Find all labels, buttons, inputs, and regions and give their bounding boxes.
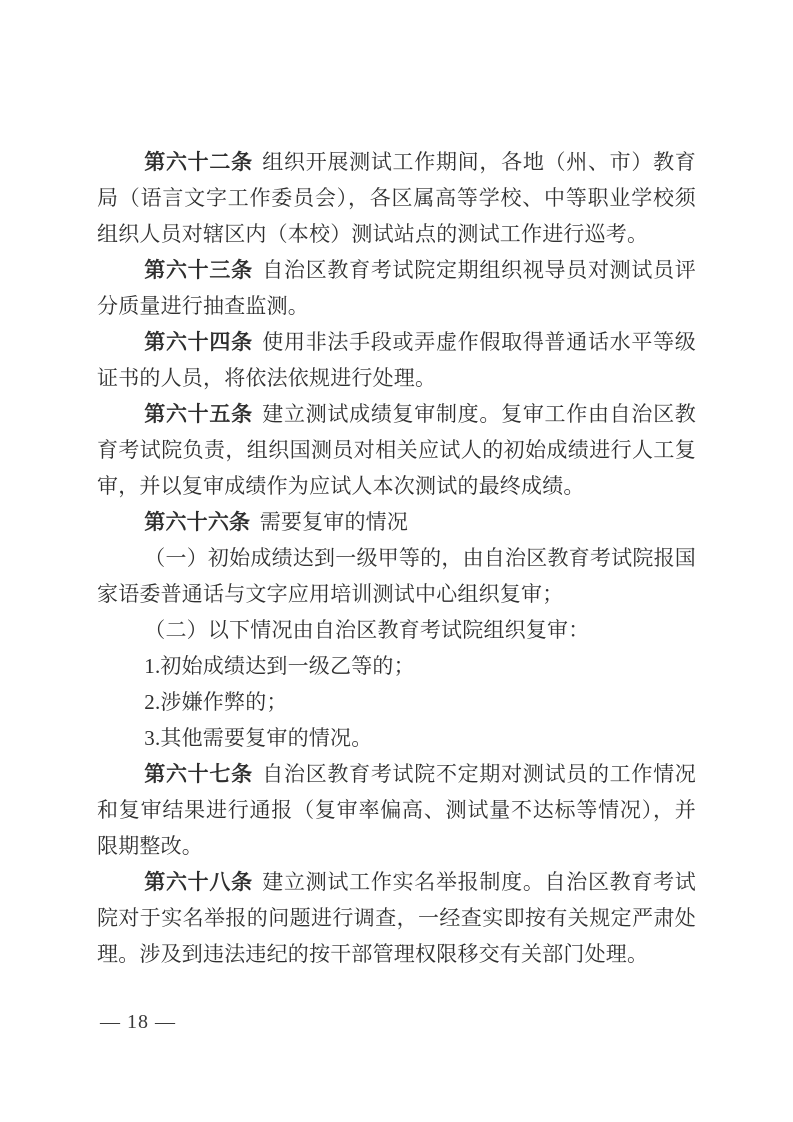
page-footer: — 18 — xyxy=(100,1008,176,1036)
paragraph-article-62: 第六十二条组织开展测试工作期间，各地（州、市）教育局（语言文字工作委员会），各区… xyxy=(97,144,696,252)
article-number: 第六十七条 xyxy=(144,762,253,786)
page-number-label: — 18 — xyxy=(100,1011,176,1033)
article-text: 2.涉嫌作弊的； xyxy=(144,690,287,714)
paragraph-article-67: 第六十七条自治区教育考试院不定期对测试员的工作情况和复审结果进行通报（复审率偏高… xyxy=(97,756,696,864)
article-number: 第六十二条 xyxy=(144,150,253,174)
article-number: 第六十四条 xyxy=(144,330,253,354)
paragraph-subitem-2: （二）以下情况由自治区教育考试院组织复审： xyxy=(97,612,696,648)
paragraph-article-66: 第六十六条需要复审的情况 xyxy=(97,504,696,540)
document-page: 第六十二条组织开展测试工作期间，各地（州、市）教育局（语言文字工作委员会），各区… xyxy=(0,0,793,1122)
paragraph-article-64: 第六十四条使用非法手段或弄虚作假取得普通话水平等级证书的人员，将依法依规进行处理… xyxy=(97,324,696,396)
article-number: 第六十三条 xyxy=(144,258,253,282)
article-number: 第六十五条 xyxy=(144,402,253,426)
paragraph-article-63: 第六十三条自治区教育考试院定期组织视导员对测试员评分质量进行抽查监测。 xyxy=(97,252,696,324)
article-number: 第六十六条 xyxy=(144,510,250,534)
paragraph-article-68: 第六十八条建立测试工作实名举报制度。自治区教育考试院对于实名举报的问题进行调查，… xyxy=(97,864,696,972)
paragraph-article-65: 第六十五条建立测试成绩复审制度。复审工作由自治区教育考试院负责，组织国测员对相关… xyxy=(97,396,696,504)
document-body: 第六十二条组织开展测试工作期间，各地（州、市）教育局（语言文字工作委员会），各区… xyxy=(97,144,696,972)
paragraph-subitem-1: （一）初始成绩达到一级甲等的，由自治区教育考试院报国家语委普通话与文字应用培训测… xyxy=(97,540,696,612)
article-text: （一）初始成绩达到一级甲等的，由自治区教育考试院报国家语委普通话与文字应用培训测… xyxy=(97,546,696,606)
paragraph-listitem-1: 1.初始成绩达到一级乙等的； xyxy=(97,648,696,684)
article-number: 第六十八条 xyxy=(144,870,253,894)
article-text: 1.初始成绩达到一级乙等的； xyxy=(144,654,415,678)
article-text: 需要复审的情况 xyxy=(260,510,408,534)
article-text: （二）以下情况由自治区教育考试院组织复审： xyxy=(144,618,589,642)
paragraph-listitem-3: 3.其他需要复审的情况。 xyxy=(97,720,696,756)
paragraph-listitem-2: 2.涉嫌作弊的； xyxy=(97,684,696,720)
article-text: 3.其他需要复审的情况。 xyxy=(144,726,372,750)
